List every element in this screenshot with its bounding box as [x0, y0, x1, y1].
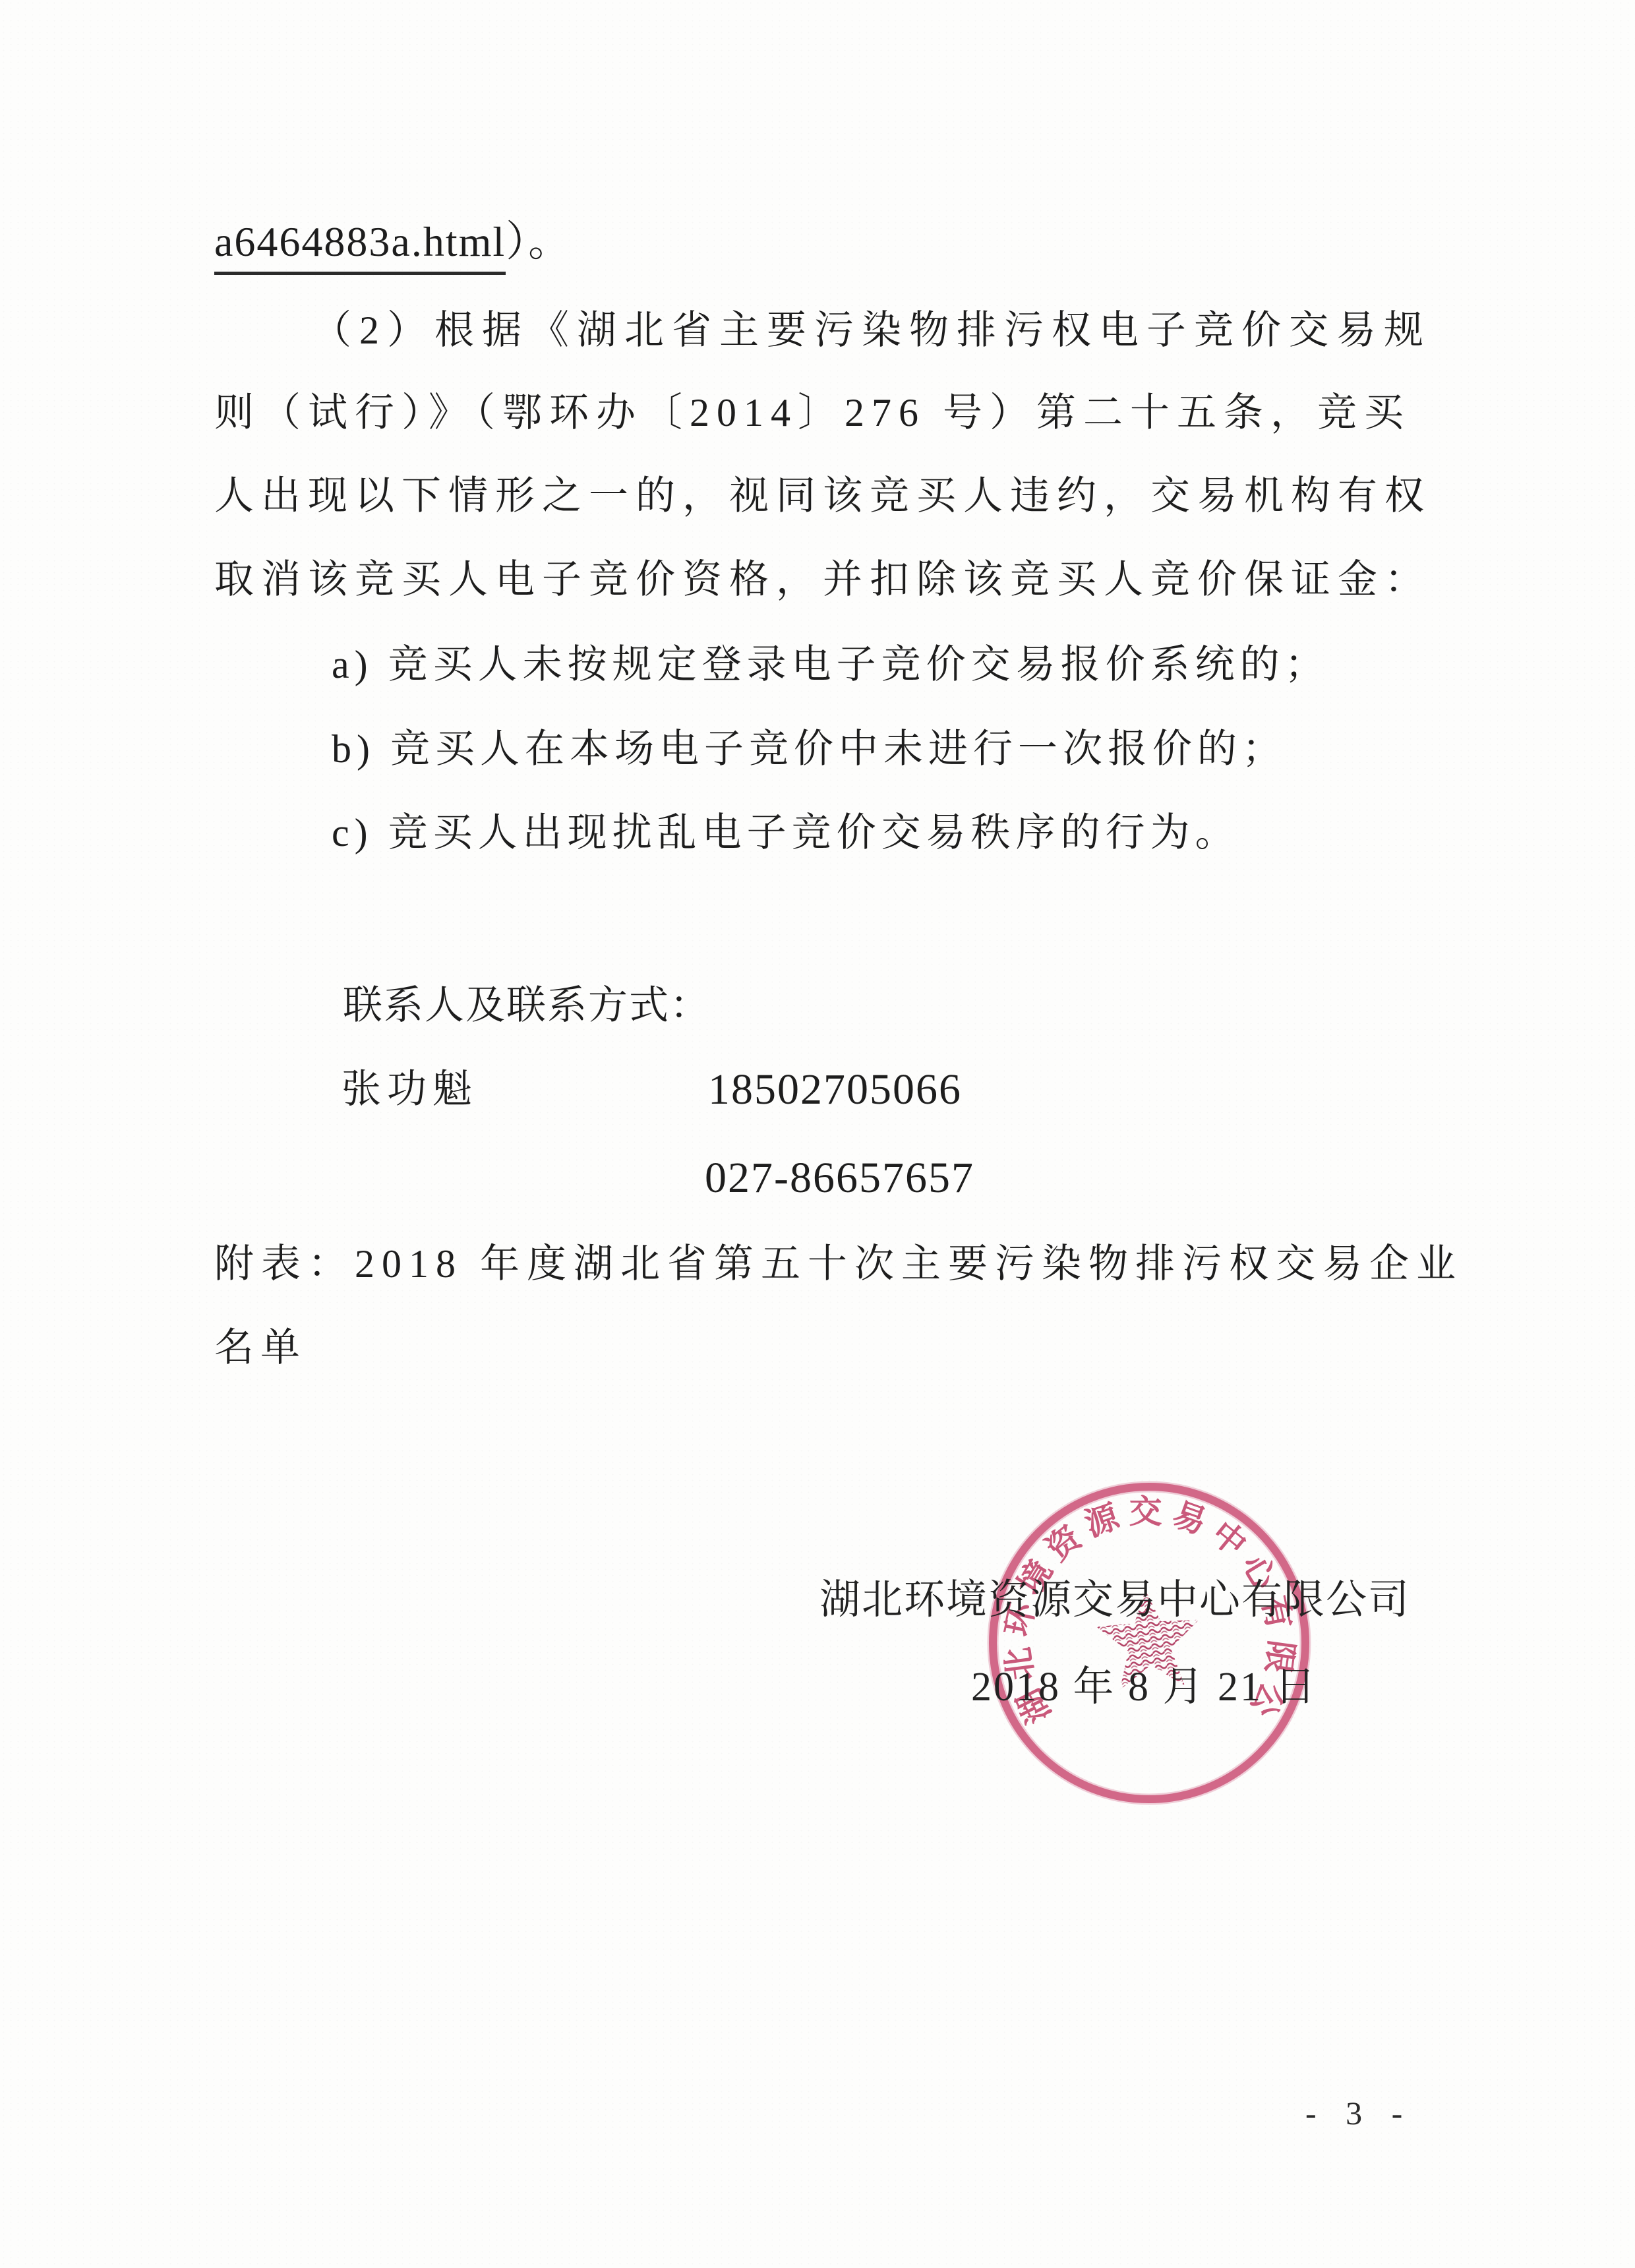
url-fragment-line: a6464883a.html）。: [214, 221, 572, 263]
paragraph2-line1: （2）根据《湖北省主要污染物排污权电子竞价交易规: [312, 311, 1431, 350]
company-seal: 湖北环境资源交易中心有限公司: [965, 1458, 1334, 1828]
contact-phone-number: 027-86657657: [705, 1156, 974, 1200]
list-item-b: b) 竞买人在本场电子竞价中未进行一次报价的；: [332, 729, 1287, 769]
signature-date: 2018 年 8 月 21 日: [971, 1667, 1318, 1708]
paragraph2-line2: 则（试行）》（鄂环办〔2014〕276 号）第二十五条，竞买: [214, 393, 1411, 433]
url-line-tail: ）。: [506, 218, 572, 265]
paragraph2-line3: 人出现以下情形之一的，视同该竞买人违约，交易机构有权: [214, 476, 1431, 516]
contact-mobile-number: 18502705066: [708, 1068, 962, 1112]
appendix-line1: 附表：2018 年度湖北省第五十次主要污染物排污权交易企业: [214, 1244, 1463, 1284]
page-number: - 3 -: [1305, 2097, 1413, 2130]
paragraph2-line4: 取消该竞买人电子竞价资格，并扣除该竞买人竞价保证金：: [214, 560, 1431, 599]
appendix-line2: 名单: [214, 1328, 307, 1367]
list-item-a: a) 竞买人未按规定登录电子竞价交易报价系统的；: [332, 645, 1330, 684]
url-underlined-text: a6464883a.html: [214, 218, 506, 275]
signature-company-name: 湖北环境资源交易中心有限公司: [819, 1580, 1410, 1621]
contact-name: 张功魁: [342, 1069, 478, 1109]
contact-header: 联系人及联系方式：: [343, 986, 711, 1025]
list-item-c: c) 竞买人出现扰乱电子竞价交易秩序的行为。: [332, 813, 1240, 852]
document-page: 湖北环境资源交易中心有限公司 a6464883a.html）。 （2）根据《湖北…: [0, 0, 1635, 2268]
